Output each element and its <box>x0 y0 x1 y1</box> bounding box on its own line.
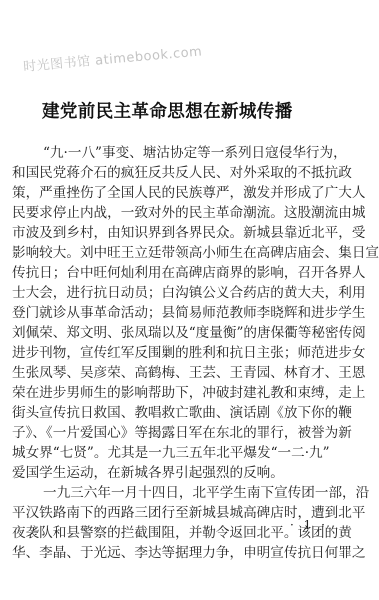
text-line: 策，严重挫伤了全国人民的民族尊严，激发并形成了广大人 <box>12 183 326 203</box>
body-text: “九·一八”事变、塘沽协定等一系列日寇侵华行为， 和国民党蒋介石的疯狂反共反人民… <box>12 143 326 563</box>
text-line: 生张凤琴、吴彦荣、高鹤梅、王芸、王青园、林育才、王恩 <box>12 363 326 383</box>
text-line: 进步刊物，宣传红军反围剿的胜利和抗日主张；师范进步女 <box>12 343 326 363</box>
text-line: 夜袭队和县警察的拦截围阻，并勒令返回北平。该团的黄 <box>12 523 326 543</box>
text-line: 士大会，进行抗日动员；白沟镇公义合药店的黄大夫，利用 <box>12 283 326 303</box>
text-line: 传抗日；台中旺何灿利用在高碑店商界的影响，召开各界人 <box>12 263 326 283</box>
chapter-title: 建党前民主革命思想在新城传播 <box>42 98 302 123</box>
text-line: 平汉铁路南下的西路三团行至新城县城高碑店时，遭到北平 <box>12 503 326 523</box>
text-line: 子》、《一片爱国心》等揭露日军在东北的罪行，被誉为新 <box>12 423 326 443</box>
text-line: 民要求停止内战，一致对外的民主革命潮流。这股潮流由城 <box>12 203 326 223</box>
text-line: 和国民党蒋介石的疯狂反共反人民、对外采取的不抵抗政 <box>12 163 326 183</box>
text-line: “九·一八”事变、塘沽协定等一系列日寇侵华行为， <box>12 143 326 163</box>
text-line: 城女界“七贤”。尤其是一九三五年北平爆发“一二·九” <box>12 443 326 463</box>
text-line: 荣在进步男师生的影响帮助下，冲破封建礼教和束缚，走上 <box>12 383 326 403</box>
text-line: 一九三六年一月十四日，北平学生南下宣传团一部，沿 <box>12 483 326 503</box>
watermark: 时光图书馆 atimebook.com <box>22 40 203 75</box>
text-line: 登门就诊从事革命活动；县简易师范教师李晓辉和进步学生 <box>12 303 326 323</box>
text-line: 刘佩荣、郑文明、张凤瑞以及“度量衡”的唐保衢等秘密传阅 <box>12 323 326 343</box>
text-line: 街头宣传抗日救国、教唱救亡歌曲、演话剧《放下你的鞭 <box>12 403 326 423</box>
page-number: · 1 · <box>290 518 328 532</box>
text-line: 华、李晶、于光远、李达等据理力争，申明宣传抗日何罪之 <box>12 543 326 563</box>
text-line: 影响较大。刘中旺王立廷带领高小师生在高碑店庙会、集日宣 <box>12 243 326 263</box>
text-line: 爱国学生运动，在新城各界引起强烈的反响。 <box>12 463 326 483</box>
text-line: 市波及到乡村，由知识界到各界民众。新城县靠近北平，受 <box>12 223 326 243</box>
